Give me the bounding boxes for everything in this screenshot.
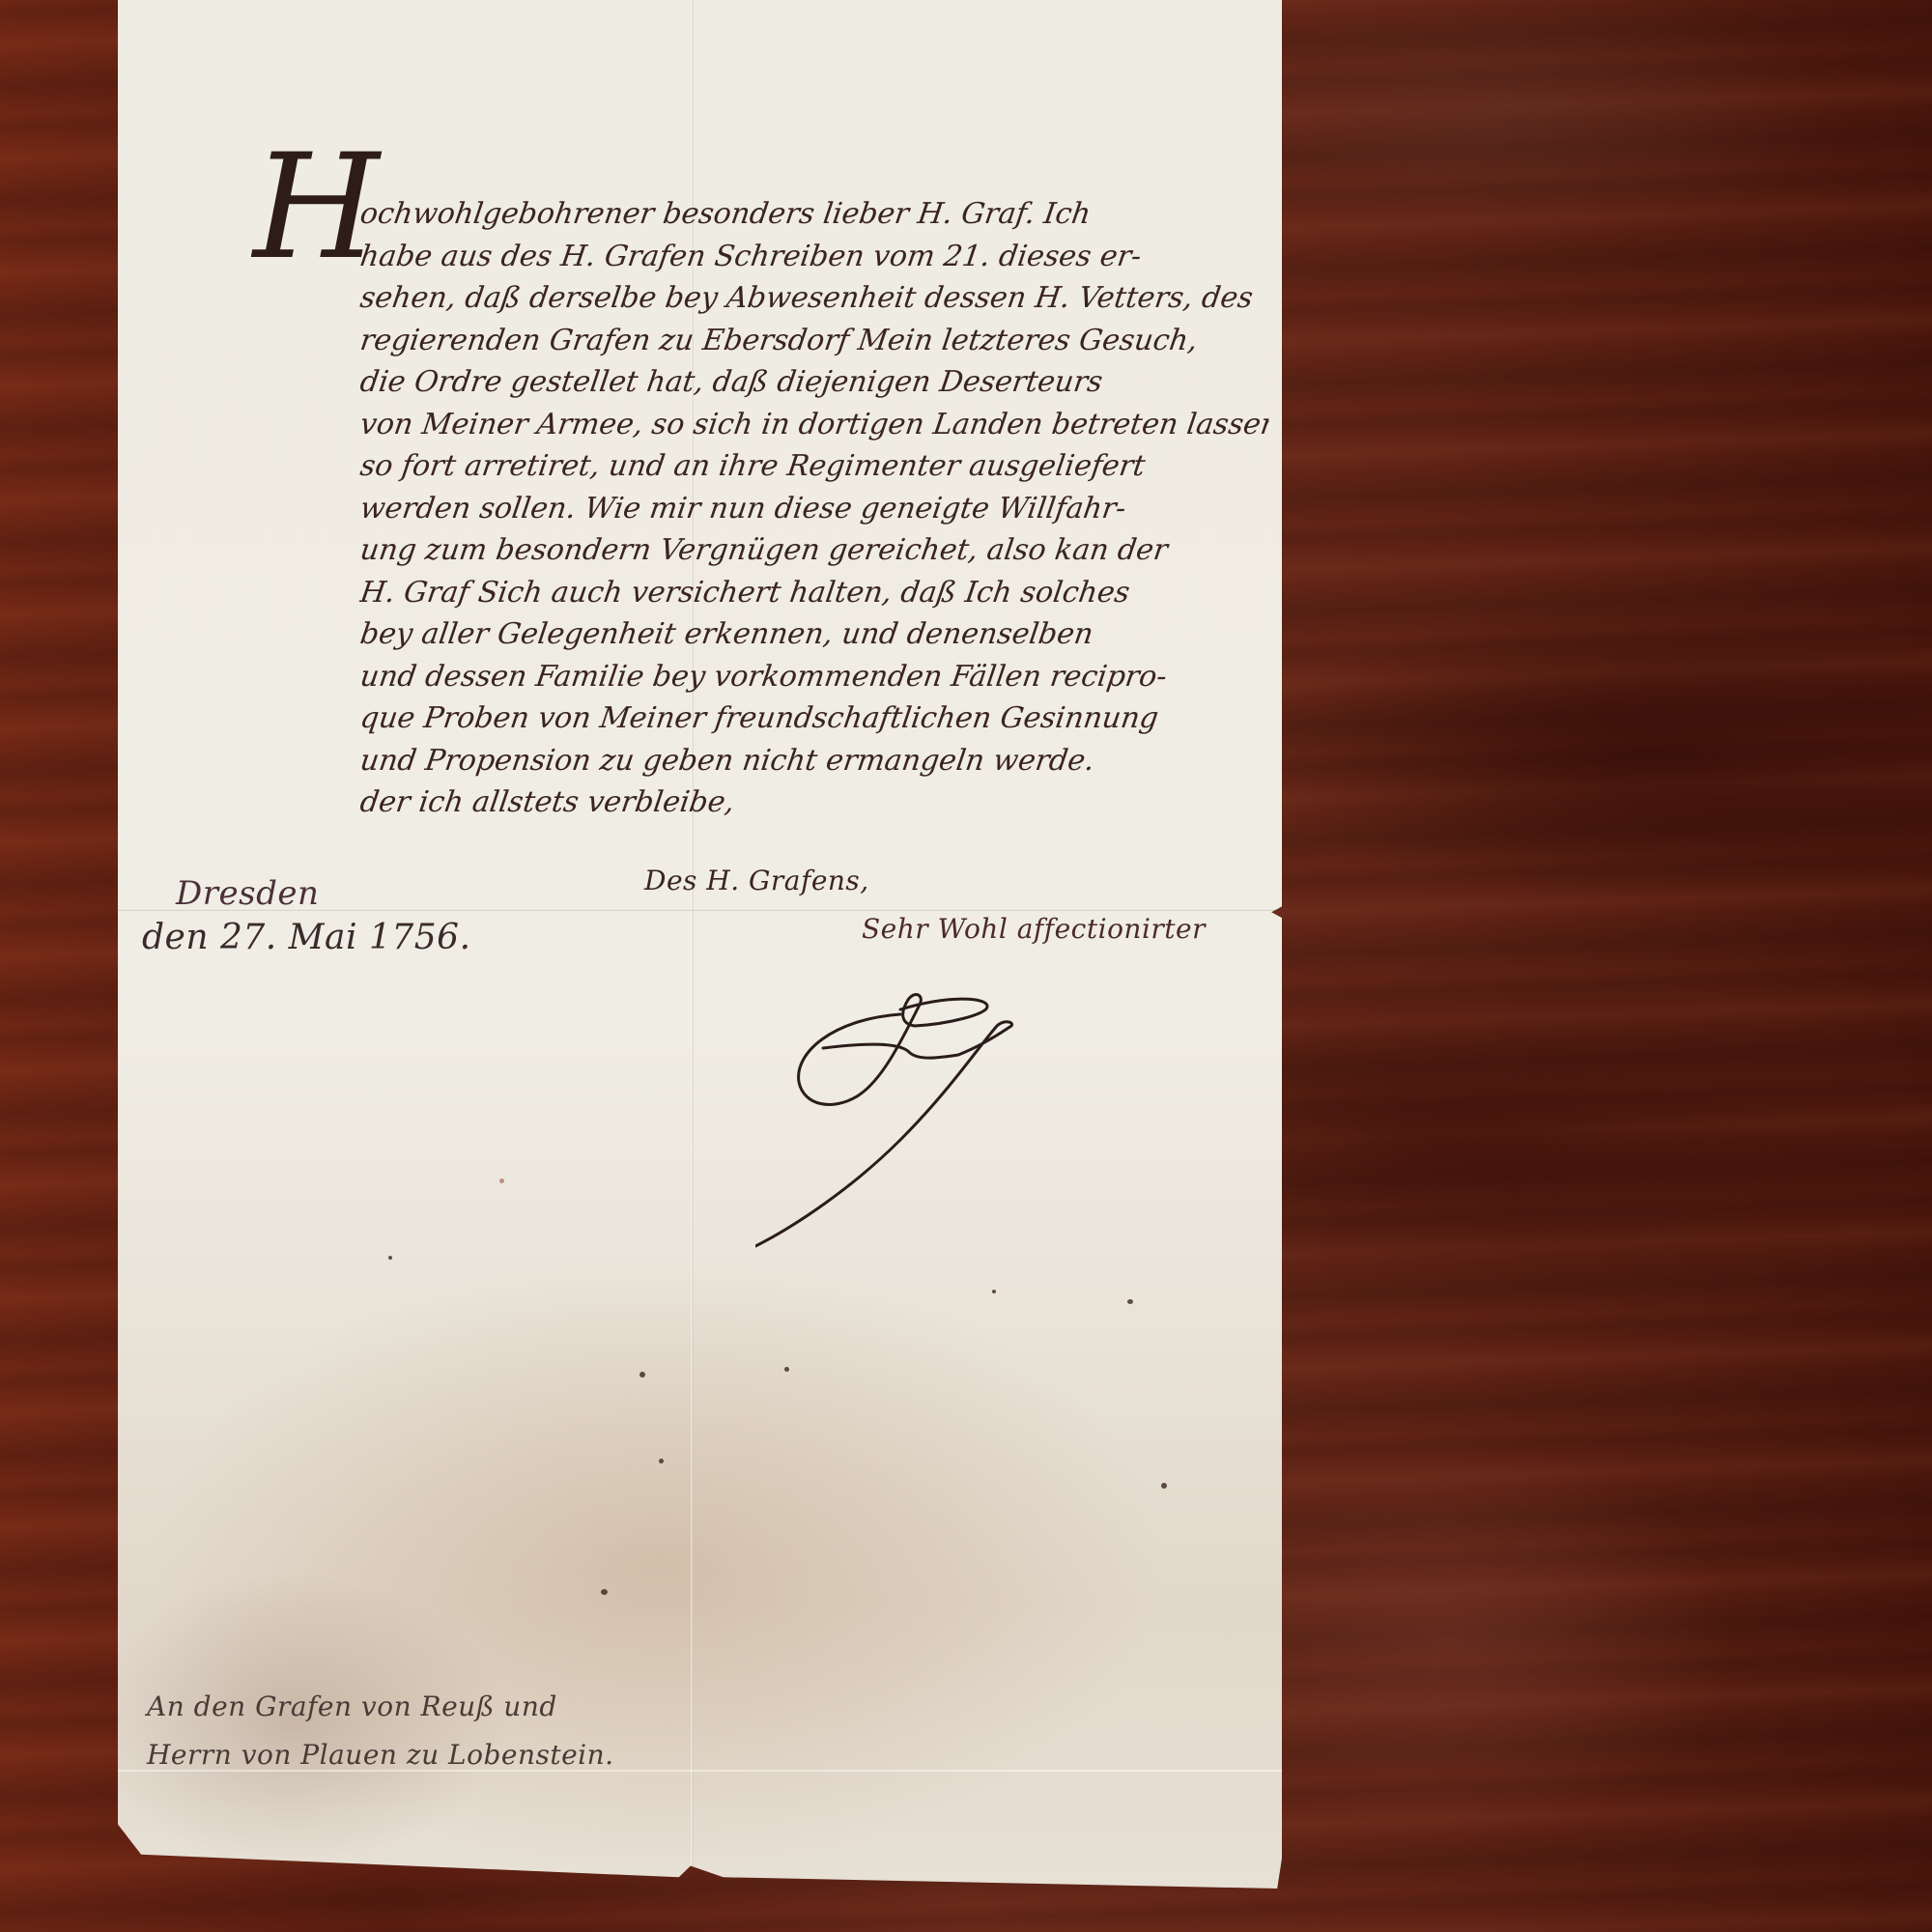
body-line: so fort arretiret, und an ihre Regimente…	[357, 445, 1271, 488]
ink-spot	[992, 1290, 996, 1293]
body-line: werden sollen. Wie mir nun diese geneigt…	[357, 488, 1271, 530]
address-line: An den Grafen von Reuß und	[147, 1690, 557, 1722]
ink-spot	[388, 1256, 392, 1260]
closing-salutation: Des H. Grafens,	[644, 865, 869, 896]
body-line: habe aus des H. Grafen Schreiben vom 21.…	[357, 236, 1271, 278]
ink-spot	[499, 1179, 504, 1183]
body-line: die Ordre gestellet hat, daß diejenigen …	[357, 361, 1271, 404]
body-line: ung zum besondern Vergnügen gereichet, a…	[357, 529, 1271, 572]
body-line: bey aller Gelegenheit erkennen, und dene…	[357, 613, 1271, 656]
ink-spot	[1127, 1299, 1133, 1304]
body-line: regierenden Grafen zu Ebersdorf Mein let…	[357, 320, 1271, 362]
body-line: ochwohlgebohrener besonders lieber H. Gr…	[357, 193, 1271, 236]
letter-body: ochwohlgebohrener besonders lieber H. Gr…	[357, 193, 1265, 824]
ink-spot	[784, 1367, 789, 1372]
body-line: sehen, daß derselbe bey Abwesenheit dess…	[357, 277, 1271, 320]
body-line: que Proben von Meiner freundschaftlichen…	[357, 697, 1271, 740]
ink-spot	[1161, 1483, 1167, 1489]
letter-date: den 27. Mai 1756.	[142, 918, 471, 957]
body-line: und dessen Familie bey vorkommenden Fäll…	[357, 656, 1271, 698]
address-line: Herrn von Plauen zu Lobenstein.	[147, 1739, 614, 1771]
signature-flourish-icon	[755, 966, 1219, 1256]
closing-affection: Sehr Wohl affectionirter	[862, 913, 1206, 945]
ink-spot	[639, 1372, 645, 1378]
place-of-writing: Dresden	[176, 874, 319, 913]
ink-spot	[659, 1459, 664, 1463]
body-line: der ich allstets verbleibe,	[357, 781, 1271, 824]
letter-paper: H ochwohlgebohrener besonders lieber H. …	[118, 0, 1282, 1889]
body-line: von Meiner Armee, so sich in dortigen La…	[357, 404, 1271, 446]
body-line: und Propension zu geben nicht ermangeln …	[357, 740, 1271, 782]
ink-spot	[601, 1589, 608, 1595]
body-line: H. Graf Sich auch versichert halten, daß…	[357, 572, 1271, 614]
